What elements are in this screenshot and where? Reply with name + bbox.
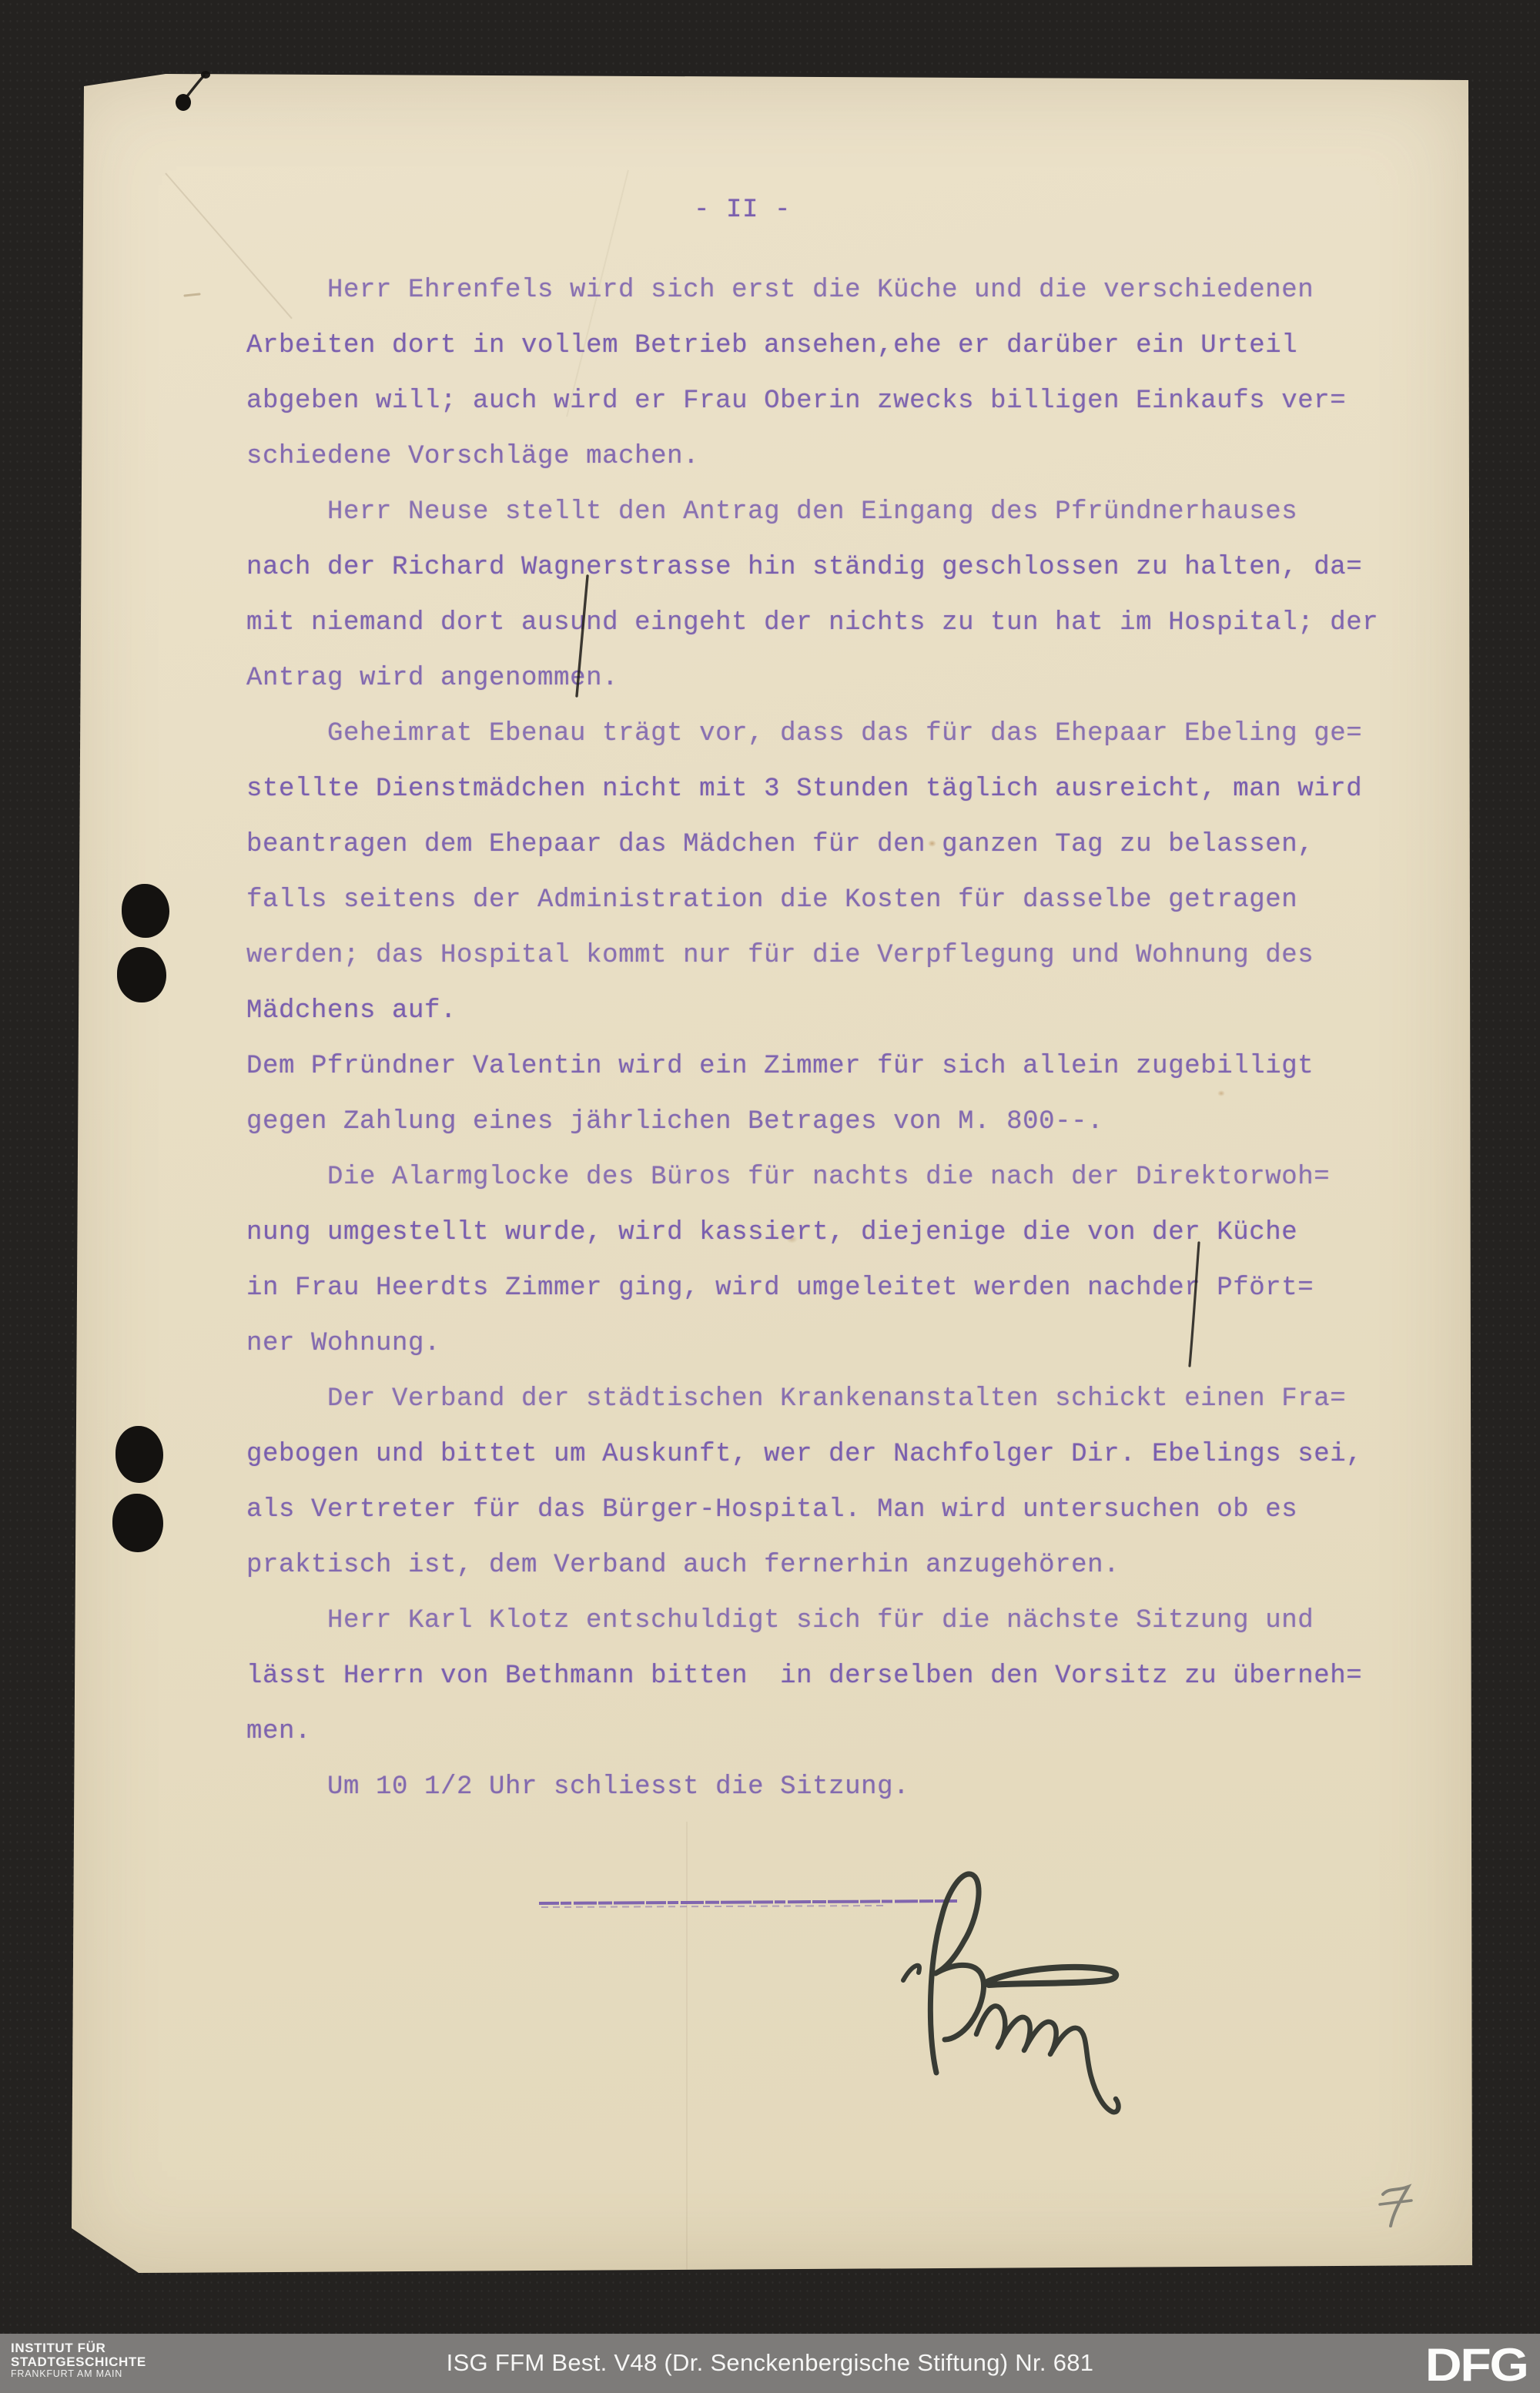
typed-line: Der Verband der städtischen Krankenansta… [327,1384,1346,1418]
typed-line: gegen Zahlung eines jährlichen Betrages … [246,1107,1103,1141]
typed-line: werden; das Hospital kommt nur für die V… [246,941,1314,975]
page-marker: - II - [694,196,791,225]
typed-line: schiedene Vorschläge machen. [246,442,699,476]
punch-hole [115,1426,163,1483]
archive-scan-page: { "document": { "page_marker": "- II -",… [0,0,1540,2393]
typed-line: beantragen dem Ehepaar das Mädchen für d… [246,830,1314,864]
typed-line: gebogen und bittet um Auskunft, wer der … [246,1440,1362,1474]
typed-line: Geheimrat Ebenau trägt vor, dass das für… [327,719,1362,753]
punch-hole [112,1494,163,1552]
typed-line: Die Alarmglocke des Büros für nachts die… [327,1163,1330,1196]
typed-line: ner Wohnung. [246,1329,440,1363]
typed-line: mit niemand dort ausund eingeht der nich… [246,608,1378,642]
archive-reference: ISG FFM Best. V48 (Dr. Senckenbergische … [0,2349,1540,2377]
typed-line: Herr Karl Klotz entschuldigt sich für di… [327,1606,1314,1640]
typed-line: Herr Neuse stellt den Antrag den Eingang… [327,497,1297,531]
typed-line: praktisch ist, dem Verband auch fernerhi… [246,1551,1120,1585]
punch-hole [122,884,169,938]
typed-line: nach der Richard Wagnerstrasse hin ständ… [246,553,1362,587]
typed-line: Dem Pfründner Valentin wird ein Zimmer f… [246,1052,1314,1086]
dfg-logo: DFG [1425,2338,1528,2391]
typed-line: men. [246,1717,311,1751]
paper-crease [165,172,293,319]
typed-line: abgeben will; auch wird er Frau Oberin z… [246,387,1346,420]
typed-line: Mädchens auf. [246,996,457,1030]
punch-hole [117,947,166,1002]
typed-line: Um 10 1/2 Uhr schliesst die Sitzung. [327,1772,909,1806]
typed-line: stellte Dienstmädchen nicht mit 3 Stunde… [246,775,1362,808]
typed-line: Arbeiten dort in vollem Betrieb ansehen,… [246,331,1297,365]
typed-line: falls seitens der Administration die Kos… [246,885,1297,919]
typed-line: nung umgestellt wurde, wird kassiert, di… [246,1218,1297,1252]
typed-line: als Vertreter für das Bürger-Hospital. M… [246,1495,1297,1529]
paper-stain [1217,1090,1225,1096]
paper-crease [686,1822,688,2330]
typed-line: in Frau Heerdts Zimmer ging, wird umgele… [246,1273,1314,1307]
typed-line: lässt Herrn von Bethmann bitten in derse… [246,1662,1362,1695]
typed-line: Antrag wird angenommen. [246,664,618,698]
typed-line: Herr Ehrenfels wird sich erst die Küche … [327,276,1314,310]
footer-bar: INSTITUT FÜR STADTGESCHICHTE FRANKFURT A… [0,2334,1540,2393]
